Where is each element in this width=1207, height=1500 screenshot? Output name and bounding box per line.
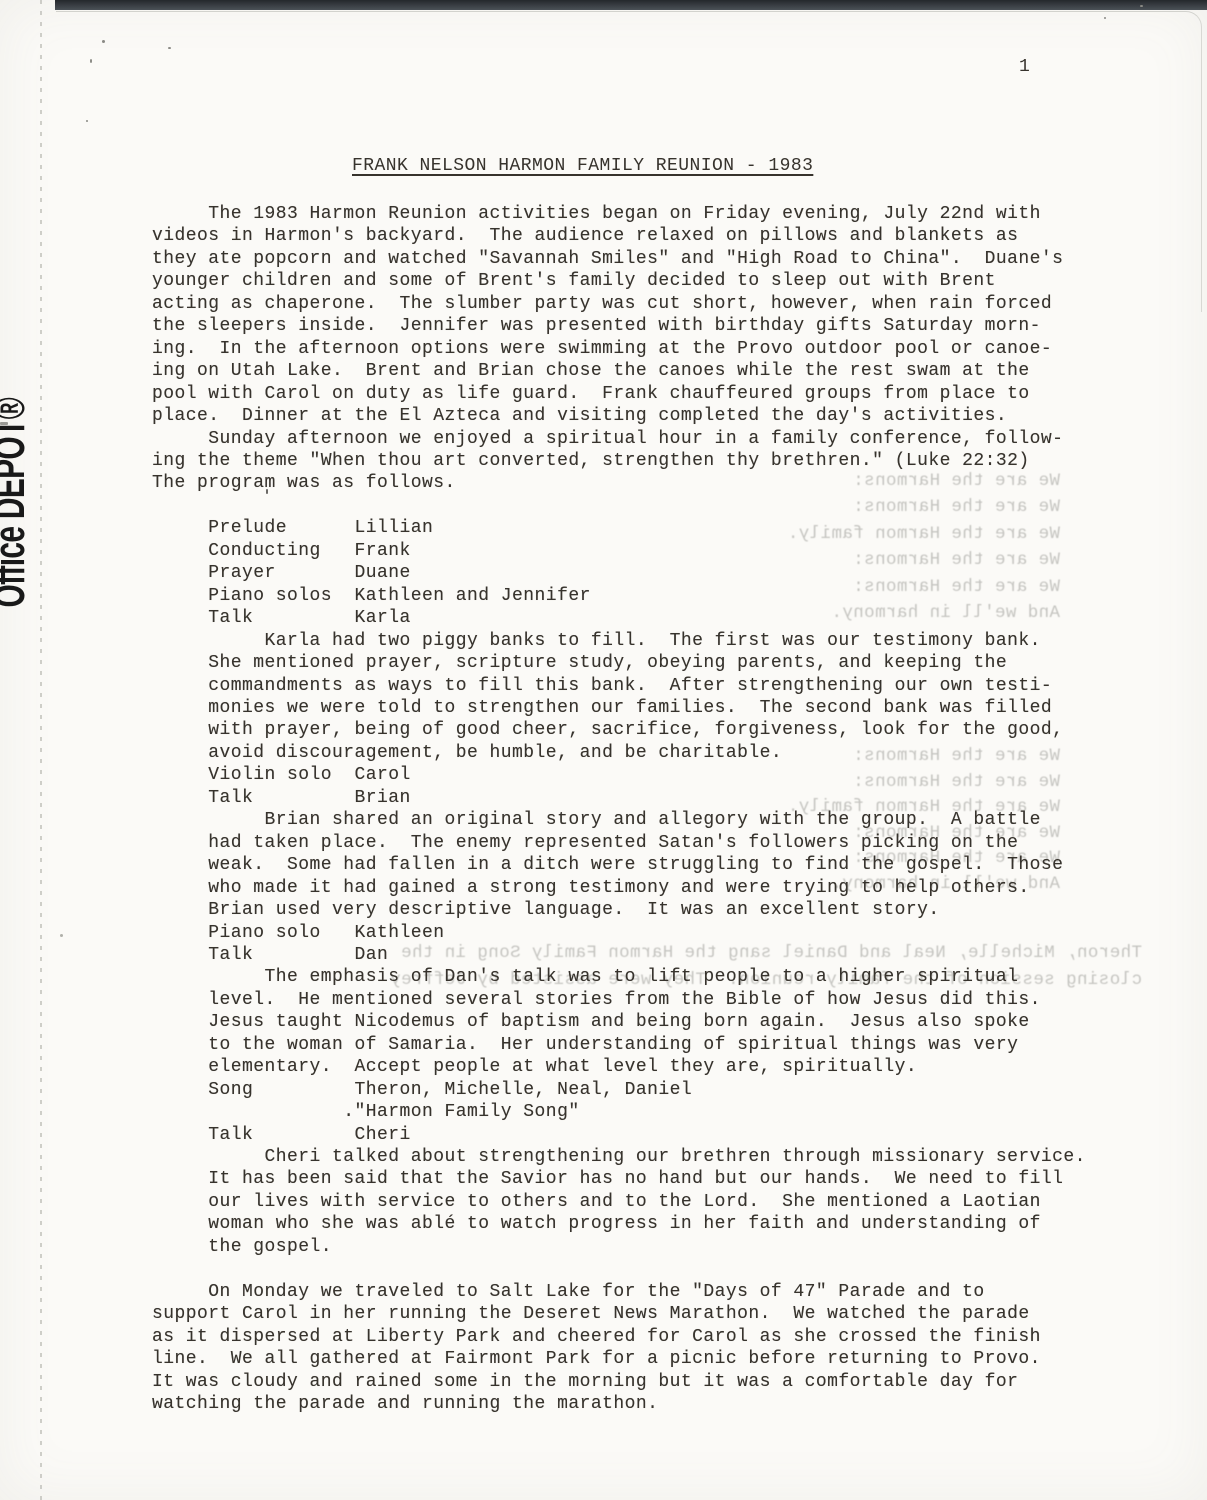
- page-number: 1: [1019, 57, 1030, 77]
- scan-speck: [86, 120, 88, 122]
- scanned-document-page: Office DEPOT® 1 FRANK NELSON HARMON FAMI…: [0, 0, 1207, 1500]
- document-body-text: The 1983 Harmon Reunion activities began…: [152, 203, 1086, 1415]
- scan-speck: [0, 422, 8, 425]
- pad-perforation-line: [40, 0, 42, 1500]
- scanner-edge-band: [55, 0, 1207, 10]
- scan-speck: [1104, 17, 1106, 19]
- scan-speck: [168, 47, 171, 49]
- document-title: FRANK NELSON HARMON FAMILY REUNION - 198…: [352, 156, 813, 176]
- scan-speck: [60, 934, 63, 937]
- scan-speck: [90, 59, 92, 63]
- scan-speck: [266, 489, 268, 494]
- scan-speck: [102, 40, 105, 43]
- scan-speck: [1140, 5, 1143, 7]
